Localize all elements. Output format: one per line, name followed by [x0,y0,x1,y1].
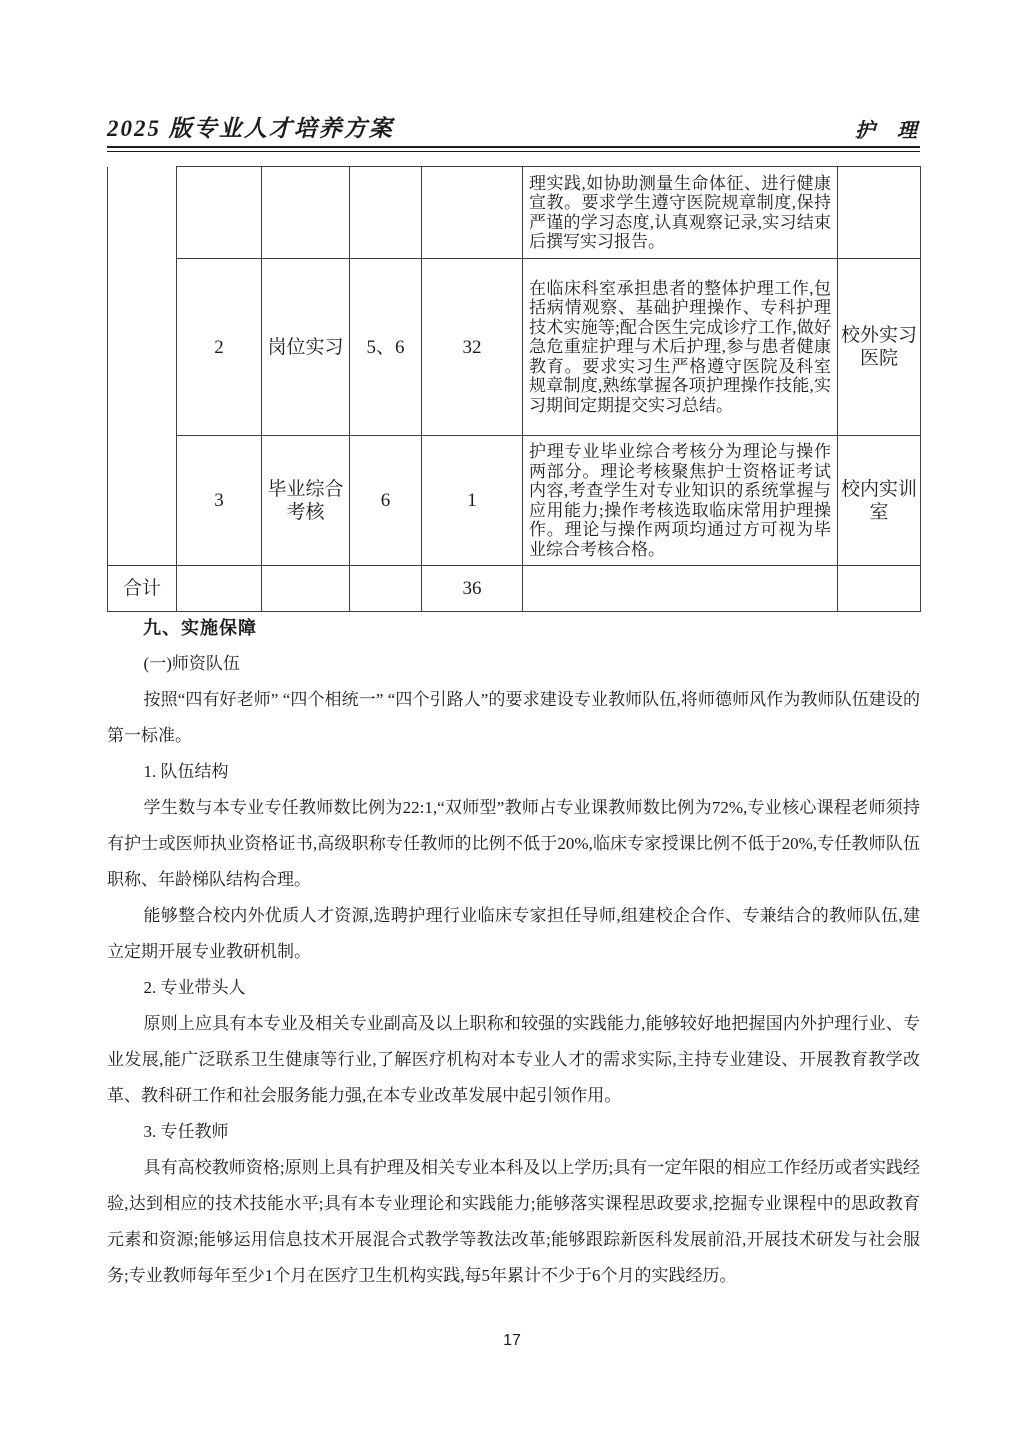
empty-cell [177,566,262,612]
empty-cell [838,167,921,259]
item-title-3: 3. 专任教师 [107,1114,920,1150]
place-cell: 校内实训室 [838,436,921,566]
semester-cell: 6 [350,436,422,566]
hours-cell: 1 [422,436,523,566]
table-row: 2 岗位实习 5、6 32 在临床科室承担患者的整体护理工作,包括病情观察、基础… [108,259,921,436]
paragraph: 能够整合校内外优质人才资源,选聘护理行业临床专家担任导师,组建校企合作、专兼结合… [107,898,920,970]
practical-teaching-table: 理实践,如协助测量生命体征、进行健康宣教。要求学生遵守医院规章制度,保持严谨的学… [107,166,921,612]
item-title-1: 1. 队伍结构 [107,754,920,790]
paragraph: 具有高校教师资格;原则上具有护理及相关专业本科及以上学历;具有一定年限的相应工作… [107,1150,920,1294]
course-description-cell: 理实践,如协助测量生命体征、进行健康宣教。要求学生遵守医院规章制度,保持严谨的学… [523,167,838,259]
seq-cell: 3 [177,436,262,566]
total-label-cell: 合计 [108,566,177,612]
empty-cell [262,566,350,612]
document-page: 2025 版专业人才培养方案 护 理 理实践,如协助测量生命体征、进行健康宣教。… [0,0,1024,1448]
empty-cell [350,167,422,259]
course-name-cell: 毕业综合考核 [262,436,350,566]
page-header: 2025 版专业人才培养方案 护 理 [107,110,920,152]
empty-cell [262,167,350,259]
empty-cell [177,167,262,259]
empty-cell [523,566,838,612]
header-title-right: 护 理 [855,114,920,143]
place-cell: 校外实习医院 [838,259,921,436]
paragraph: 按照“四有好老师” “四个相统一” “四个引路人”的要求建设专业教师队伍,将师德… [107,682,920,754]
course-name-cell: 岗位实习 [262,259,350,436]
header-title-left: 2025 版专业人才培养方案 [107,110,394,143]
item-title-2: 2. 专业带头人 [107,970,920,1006]
header-double-rule [107,146,920,152]
subsection-heading: (一)师资队伍 [107,646,920,682]
table-row: 3 毕业综合考核 6 1 护理专业毕业综合考核分为理论与操作两部分。理论考核聚焦… [108,436,921,566]
empty-cell [838,566,921,612]
table-total-row: 合计 36 [108,566,921,612]
page-number: 17 [0,1332,1024,1350]
category-cell [108,167,177,566]
body-content: 九、实施保障 (一)师资队伍 按照“四有好老师” “四个相统一” “四个引路人”… [107,610,920,1294]
paragraph: 学生数与本专业专任教师数比例为22:1,“双师型”教师占专业课教师数比例为72%… [107,790,920,898]
paragraph: 原则上应具有本专业及相关专业副高及以上职称和较强的实践能力,能够较好地把握国内外… [107,1006,920,1114]
table-row: 理实践,如协助测量生命体征、进行健康宣教。要求学生遵守医院规章制度,保持严谨的学… [108,167,921,259]
semester-cell: 5、6 [350,259,422,436]
section-heading: 九、实施保障 [107,610,920,646]
course-description-cell: 在临床科室承担患者的整体护理工作,包括病情观察、基础护理操作、专科护理技术实施等… [523,259,838,436]
empty-cell [422,167,523,259]
empty-cell [350,566,422,612]
total-hours-cell: 36 [422,566,523,612]
hours-cell: 32 [422,259,523,436]
course-description-cell: 护理专业毕业综合考核分为理论与操作两部分。理论考核聚焦护士资格证考试内容,考查学… [523,436,838,566]
seq-cell: 2 [177,259,262,436]
